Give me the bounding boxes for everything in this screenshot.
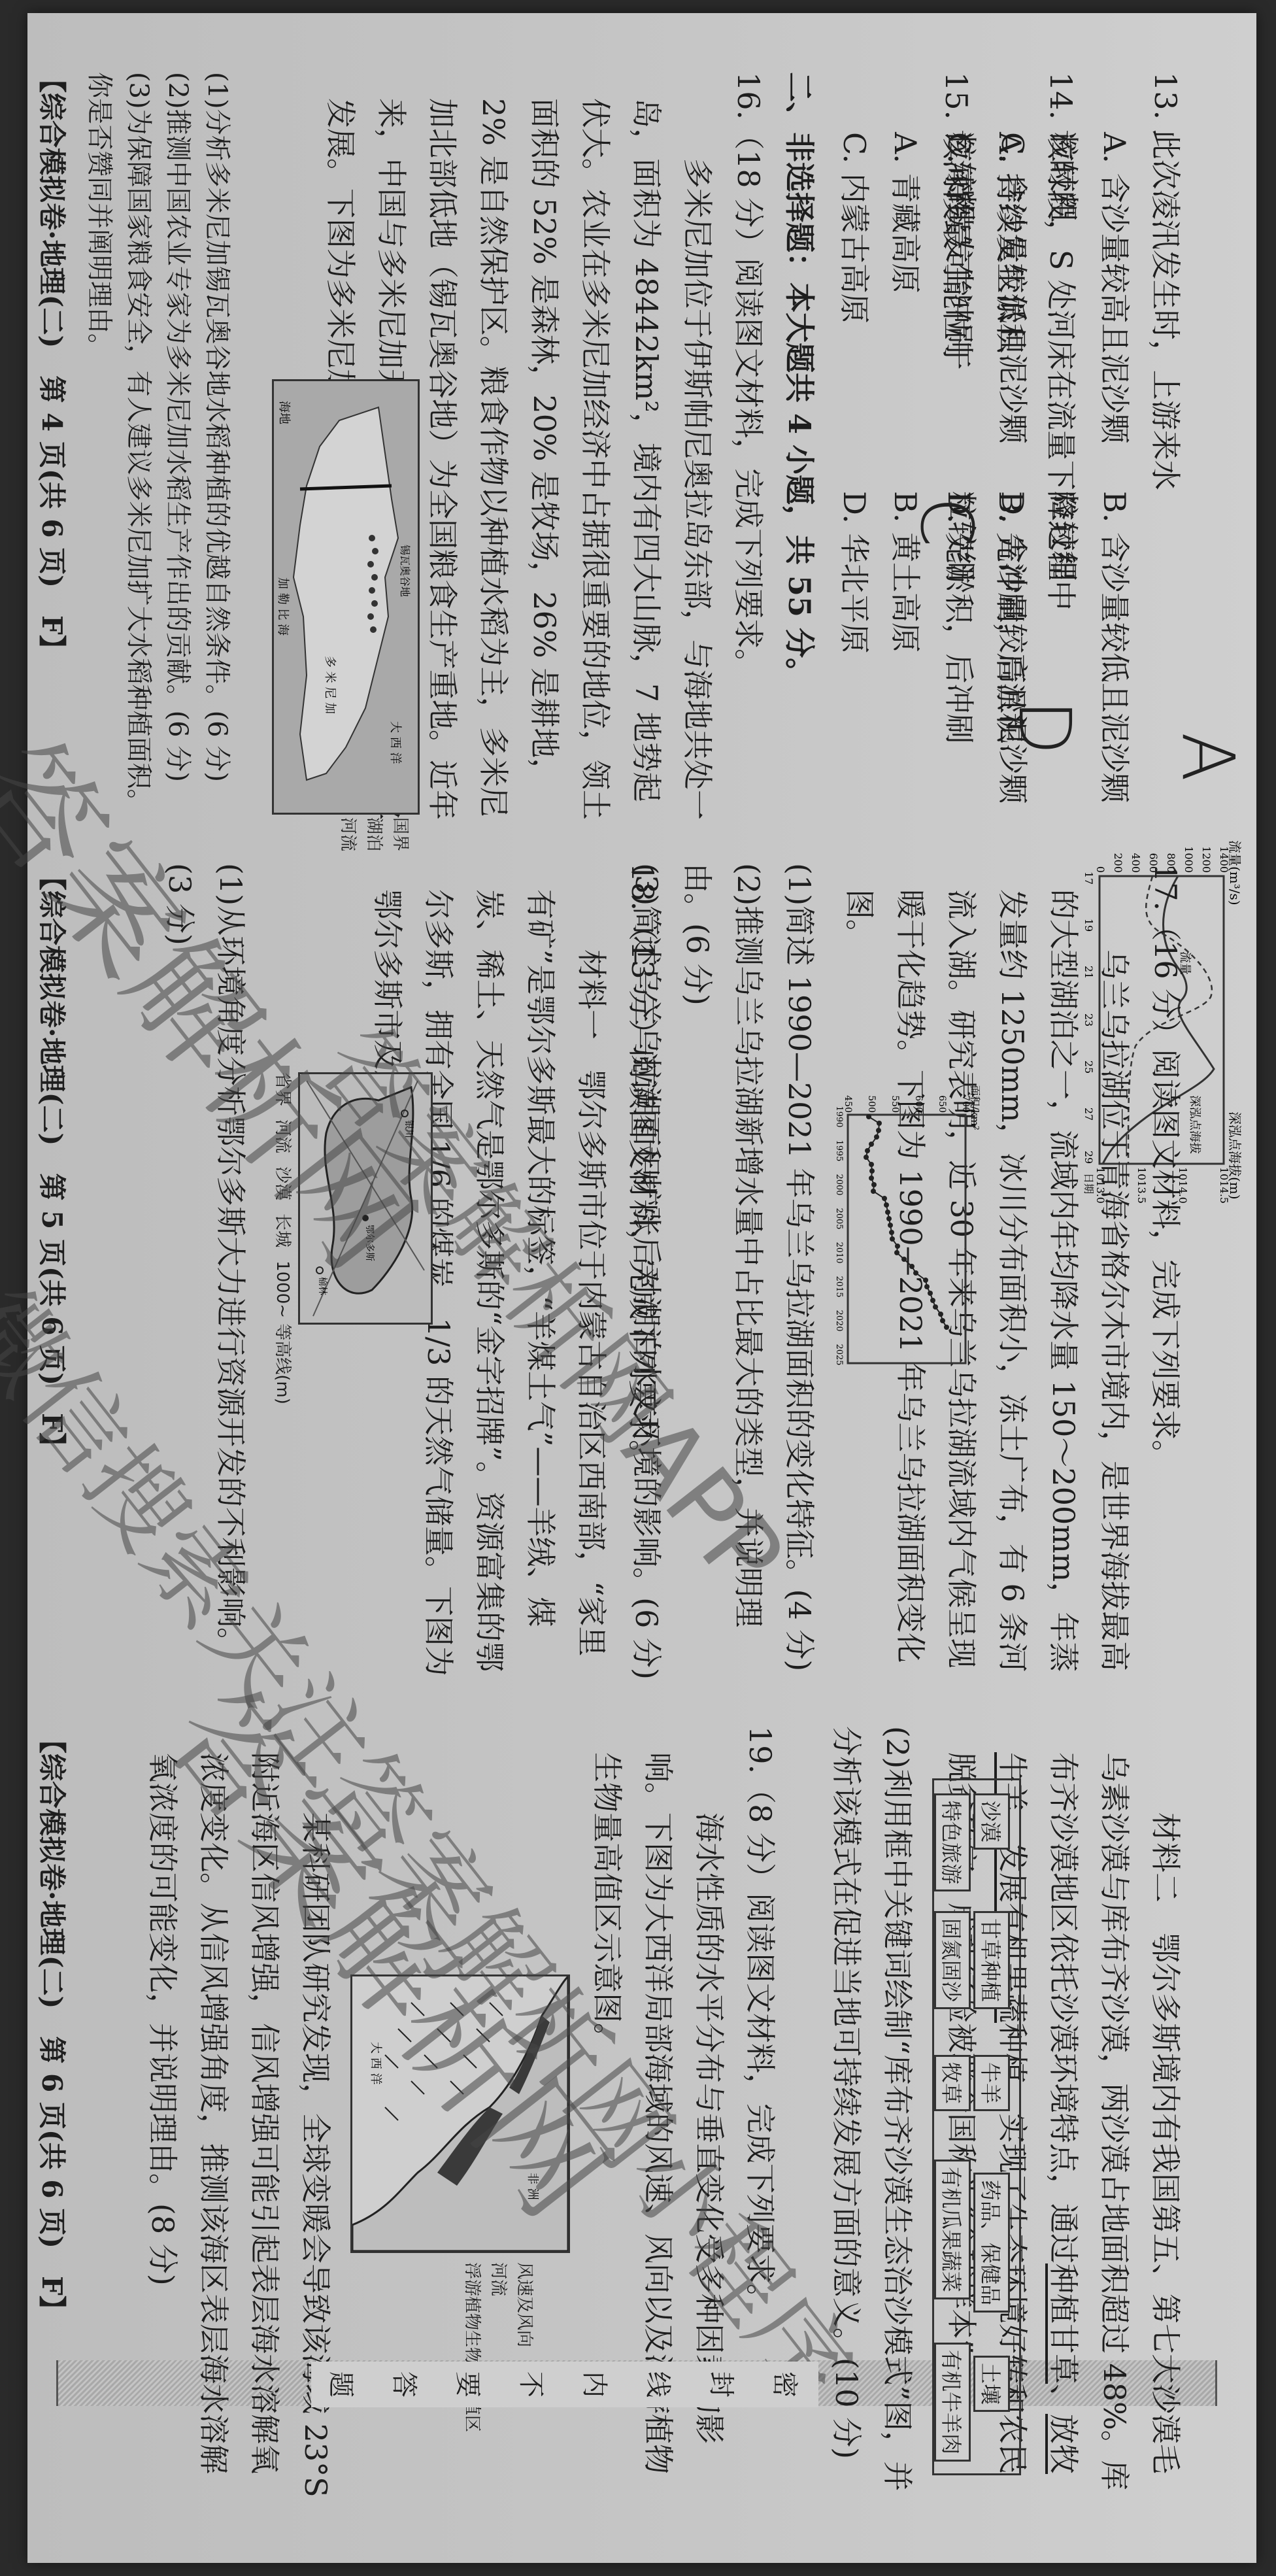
svg-text:500: 500 [866,1095,877,1113]
lake-area-chart: 面积/km² 450500550 600650700 199019952000 … [825,1085,982,1373]
ordos-map: 银川鄂尔多斯榆林 [298,1072,433,1325]
q15-option-c: C. 内蒙古高原 [829,132,880,465]
keyword-medicine: 药品、保健品 [973,2173,1010,2313]
dominican-map-svg: 海地多 米 尼 加 锡瓦奥谷地大 西 洋 加 勒 比 海 [274,381,418,813]
svg-text:650: 650 [937,1095,947,1113]
svg-text:鄂尔多斯: 鄂尔多斯 [364,1225,375,1261]
page4-footer: 【综合模拟卷·地理(二) 第 4 页(共 6 页) F】 [34,65,73,662]
keyword-tourism: 特色旅游 [934,1793,971,1891]
keyword-licorice: 甘草种植 [973,1911,1010,2009]
keyword-desert: 沙漠 [973,1793,1010,1850]
q14-option-b: B. 先冲刷，后淤积 [984,491,1035,824]
ordos-map-legend: 省界 河流 沙漠 长城 1000~ 等高线(m) [269,1072,295,1404]
svg-text:2020: 2020 [834,1310,844,1331]
q15-handwritten-answer: C [905,497,988,547]
dominican-rice-map: 海地多 米 尼 加 锡瓦奥谷地大 西 洋 加 勒 比 海 [272,379,420,815]
keyword-nitrogen-sand: 固氮固沙 [934,1911,971,2009]
q16-subquestions-list: (1)分析多米尼加锡瓦奥谷地水稻种植的优越自然条件。(6 分) (2)推测中国农… [80,72,237,824]
rotated-photo-stage: 13. 此次凌汛发生时，上游来水 A. 含沙量较高且泥沙颗粒较粗 B. 含沙量较… [0,0,1276,2576]
q17-sub-2: (2)推测乌兰乌拉湖新增水量中占比最大的类型，并说明理由。(6 分) [672,863,774,1680]
q15-stem: 15. 该河段最可能位于 [931,72,982,824]
svg-text:银川: 银川 [403,1120,414,1138]
seal-strip-labels: 密 封 线 内 不 要 答 题 [311,2362,818,2407]
q18-stem: 18.（13 分）阅读图文材料，完成下列要求。 [617,863,668,1680]
keyword-box: 沙漠 甘草种植 牛羊 药品、保健品 土壤 特色旅游 固氮固沙 牧草 有机瓜果蔬菜… [932,1778,1021,2475]
svg-text:大 西 洋: 大 西 洋 [369,2042,382,2084]
q14-handwritten-answer: D [1003,700,1086,755]
question-15: 15. 该河段最可能位于 A. 青藏高原 B. 黄土高原 C. 内蒙古高原 D.… [829,72,982,824]
svg-text:大 西 洋: 大 西 洋 [388,721,402,764]
q17-sub-1: (1)简述 1990—2021 年乌兰乌拉湖面积的变化特征。(4 分) [774,863,825,1680]
lake-chart-svg: 面积/km² 450500550 600650700 199019952000 … [825,1085,982,1373]
q14-option-a: A. 持续发生淤积 [984,132,1035,465]
q13-stem: 13. 此次凌汛发生时，上游来水 [1140,72,1191,824]
svg-text:加 勒 比 海: 加 勒 比 海 [276,577,290,636]
q18-subquestion-2: (2)利用框中关键词绘制“库布齐沙漠生态治沙模式”图，并分析该模式在促进当地可持… [821,1726,923,2498]
svg-text:1200: 1200 [1200,846,1213,873]
page5-footer: 【综合模拟卷·地理(二) 第 5 页(共 6 页) F】 [34,863,73,1460]
svg-text:2005: 2005 [834,1208,844,1229]
svg-text:1400: 1400 [1218,846,1230,873]
svg-text:榆林: 榆林 [317,1277,328,1295]
svg-text:1014.5: 1014.5 [1218,1167,1230,1203]
svg-text:1990: 1990 [834,1106,844,1127]
svg-text:700: 700 [960,1095,971,1113]
section2-heading: 二、非选择题：本大题共 4 小题，共 55 分。 [774,72,825,824]
svg-text:600: 600 [913,1095,924,1113]
keyword-organic-veg: 有机瓜果蔬菜 [934,2160,971,2299]
q18-subquestion-1: (1)从环境角度分析鄂尔多斯大力进行资源开发的不利影响。(3 分) [154,863,256,1680]
q13-handwritten-answer: A [1166,732,1250,781]
svg-text:450: 450 [843,1095,853,1113]
svg-text:海地: 海地 [277,401,291,424]
ordos-map-svg: 银川鄂尔多斯榆林 [300,1074,431,1323]
q15-options: A. 青藏高原 B. 黄土高原 C. 内蒙古高原 D. 华北平原 [829,72,931,824]
svg-text:2010: 2010 [834,1242,844,1263]
svg-text:多 米 尼 加: 多 米 尼 加 [323,656,337,714]
q16-stem: 16.（18 分）阅读图文材料，完成下列要求。 [723,72,774,824]
keyword-soil: 土壤 [973,2356,1010,2412]
q15-option-a: A. 青藏高原 [880,132,931,465]
page6-footer: 【综合模拟卷·地理(二) 第 6 页(共 6 页) F】 [34,1726,73,2323]
svg-text:2025: 2025 [834,1344,844,1365]
svg-text:2000: 2000 [834,1174,844,1195]
dominican-map-legend: 国界 湖泊 河流 [335,817,413,851]
svg-text:2015: 2015 [834,1276,844,1297]
svg-text:非 洲: 非 洲 [526,2173,539,2200]
atlantic-wind-map: 大 西 洋 非 洲 [350,1974,570,2253]
svg-text:1995: 1995 [834,1140,844,1161]
atlantic-map-svg: 大 西 洋 非 洲 [352,1976,568,2251]
svg-text:锡瓦奥谷地: 锡瓦奥谷地 [399,545,411,597]
keyword-forage: 牧草 [934,2055,971,2111]
q15-option-d: D. 华北平原 [829,491,880,824]
keyword-cattle-sheep: 牛羊 [973,2055,1010,2111]
keyword-organic-meat: 有机牛羊肉 [934,2343,971,2462]
svg-text:550: 550 [890,1095,900,1113]
q17-stem: 17.（16 分）阅读图文材料，完成下列要求。 [1140,863,1191,1680]
